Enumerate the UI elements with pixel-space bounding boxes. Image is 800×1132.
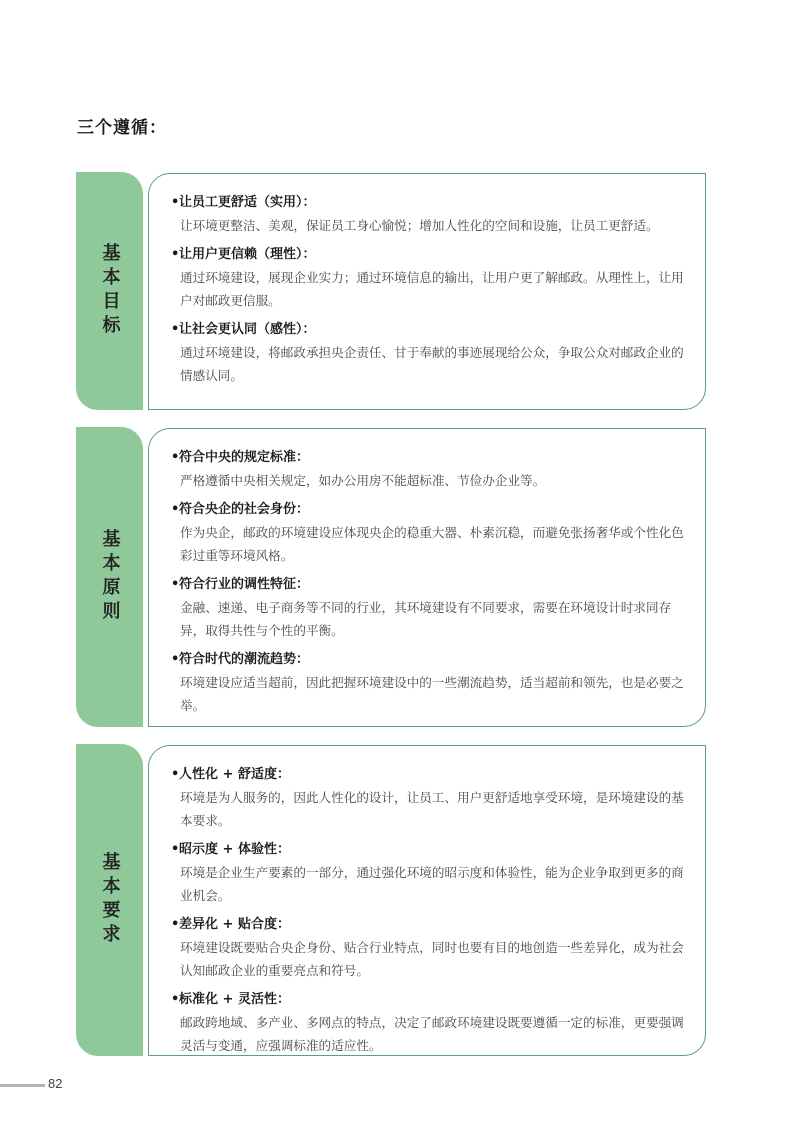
section-tab: 基本要求 xyxy=(76,744,143,1056)
bullet-icon: • xyxy=(171,244,179,266)
page-title: 三个遵循： xyxy=(77,113,167,138)
item-heading: 符合时代的潮流趋势： xyxy=(179,652,309,667)
bullet-icon: • xyxy=(171,914,179,936)
section-label: 基本目标 xyxy=(101,243,119,339)
bullet-icon: • xyxy=(171,839,179,861)
list-item: •让员工更舒适（实用）： 让环境更整洁、美观，保证员工身心愉悦；增加人性化的空间… xyxy=(171,192,691,237)
item-body: 环境是企业生产要素的一部分，通过强化环境的昭示度和体验性，能为企业争取到更多的商… xyxy=(171,861,691,907)
section-label: 基本要求 xyxy=(101,852,119,948)
item-heading: 标准化 + 灵活性： xyxy=(179,992,290,1007)
list-item: •差异化 + 贴合度： 环境建设既要贴合央企身份、贴合行业特点，同时也要有目的地… xyxy=(171,914,691,982)
list-item: •标准化 + 灵活性： 邮政跨地域、多产业、多网点的特点，决定了邮政环境建设既要… xyxy=(171,989,691,1057)
list-item: •符合中央的规定标准： 严格遵循中央相关规定，如办公用房不能超标准、节俭办企业等… xyxy=(171,447,691,492)
section-content-box: •符合中央的规定标准： 严格遵循中央相关规定，如办公用房不能超标准、节俭办企业等… xyxy=(148,428,706,727)
list-item: •让社会更认同（感性）： 通过环境建设，将邮政承担央企责任、甘于奉献的事迹展现给… xyxy=(171,319,691,387)
bullet-icon: • xyxy=(171,989,179,1011)
list-item: •让用户更信赖（理性）： 通过环境建设，展现企业实力；通过环境信息的输出，让用户… xyxy=(171,244,691,312)
page-number: 82 xyxy=(48,1076,62,1091)
item-heading: 让用户更信赖（理性）： xyxy=(179,247,316,262)
bullet-icon: • xyxy=(171,649,179,671)
item-heading: 符合中央的规定标准： xyxy=(179,450,309,465)
item-body: 通过环境建设，将邮政承担央企责任、甘于奉献的事迹展现给公众，争取公众对邮政企业的… xyxy=(171,341,691,387)
list-item: •人性化 + 舒适度： 环境是为人服务的，因此人性化的设计，让员工、用户更舒适地… xyxy=(171,764,691,832)
bullet-icon: • xyxy=(171,192,179,214)
item-body: 邮政跨地域、多产业、多网点的特点，决定了邮政环境建设既要遵循一定的标准，更要强调… xyxy=(171,1011,691,1057)
item-heading: 符合行业的调性特征： xyxy=(179,577,309,592)
item-body: 环境建设既要贴合央企身份、贴合行业特点，同时也要有目的地创造一些差异化，成为社会… xyxy=(171,936,691,982)
bullet-icon: • xyxy=(171,319,179,341)
item-body: 金融、速递、电子商务等不同的行业，其环境建设有不同要求，需要在环境设计时求同存异… xyxy=(171,596,691,642)
item-heading: 符合央企的社会身份： xyxy=(179,502,309,517)
item-body: 严格遵循中央相关规定，如办公用房不能超标准、节俭办企业等。 xyxy=(171,469,691,492)
section-content-box: •人性化 + 舒适度： 环境是为人服务的，因此人性化的设计，让员工、用户更舒适地… xyxy=(148,745,706,1056)
item-body: 环境建设应适当超前，因此把握环境建设中的一些潮流趋势，适当超前和领先，也是必要之… xyxy=(171,671,691,717)
bullet-icon: • xyxy=(171,447,179,469)
item-heading: 让社会更认同（感性）： xyxy=(179,322,316,337)
item-body: 让环境更整洁、美观，保证员工身心愉悦；增加人性化的空间和设施，让员工更舒适。 xyxy=(171,214,691,237)
section-basic-goals: 基本目标 •让员工更舒适（实用）： 让环境更整洁、美观，保证员工身心愉悦；增加人… xyxy=(76,172,706,410)
item-heading: 人性化 + 舒适度： xyxy=(179,767,290,782)
item-body: 作为央企，邮政的环境建设应体现央企的稳重大器、朴素沉稳，而避免张扬奢华或个性化色… xyxy=(171,521,691,567)
list-item: •符合行业的调性特征： 金融、速递、电子商务等不同的行业，其环境建设有不同要求，… xyxy=(171,574,691,642)
item-heading: 让员工更舒适（实用）： xyxy=(179,195,316,210)
item-body: 环境是为人服务的，因此人性化的设计，让员工、用户更舒适地享受环境，是环境建设的基… xyxy=(171,786,691,832)
list-item: •昭示度 + 体验性： 环境是企业生产要素的一部分，通过强化环境的昭示度和体验性… xyxy=(171,839,691,907)
section-content-box: •让员工更舒适（实用）： 让环境更整洁、美观，保证员工身心愉悦；增加人性化的空间… xyxy=(148,173,706,410)
section-label: 基本原则 xyxy=(101,529,119,625)
item-heading: 昭示度 + 体验性： xyxy=(179,842,290,857)
list-item: •符合时代的潮流趋势： 环境建设应适当超前，因此把握环境建设中的一些潮流趋势，适… xyxy=(171,649,691,717)
section-basic-requirements: 基本要求 •人性化 + 舒适度： 环境是为人服务的，因此人性化的设计，让员工、用… xyxy=(76,744,706,1056)
bullet-icon: • xyxy=(171,574,179,596)
bullet-icon: • xyxy=(171,499,179,521)
list-item: •符合央企的社会身份： 作为央企，邮政的环境建设应体现央企的稳重大器、朴素沉稳，… xyxy=(171,499,691,567)
bullet-icon: • xyxy=(171,764,179,786)
section-tab: 基本目标 xyxy=(76,172,143,410)
item-heading: 差异化 + 贴合度： xyxy=(179,917,290,932)
section-basic-principles: 基本原则 •符合中央的规定标准： 严格遵循中央相关规定，如办公用房不能超标准、节… xyxy=(76,427,706,727)
item-body: 通过环境建设，展现企业实力；通过环境信息的输出，让用户更了解邮政。从理性上，让用… xyxy=(171,266,691,312)
footer-divider xyxy=(0,1084,45,1087)
section-tab: 基本原则 xyxy=(76,427,143,727)
